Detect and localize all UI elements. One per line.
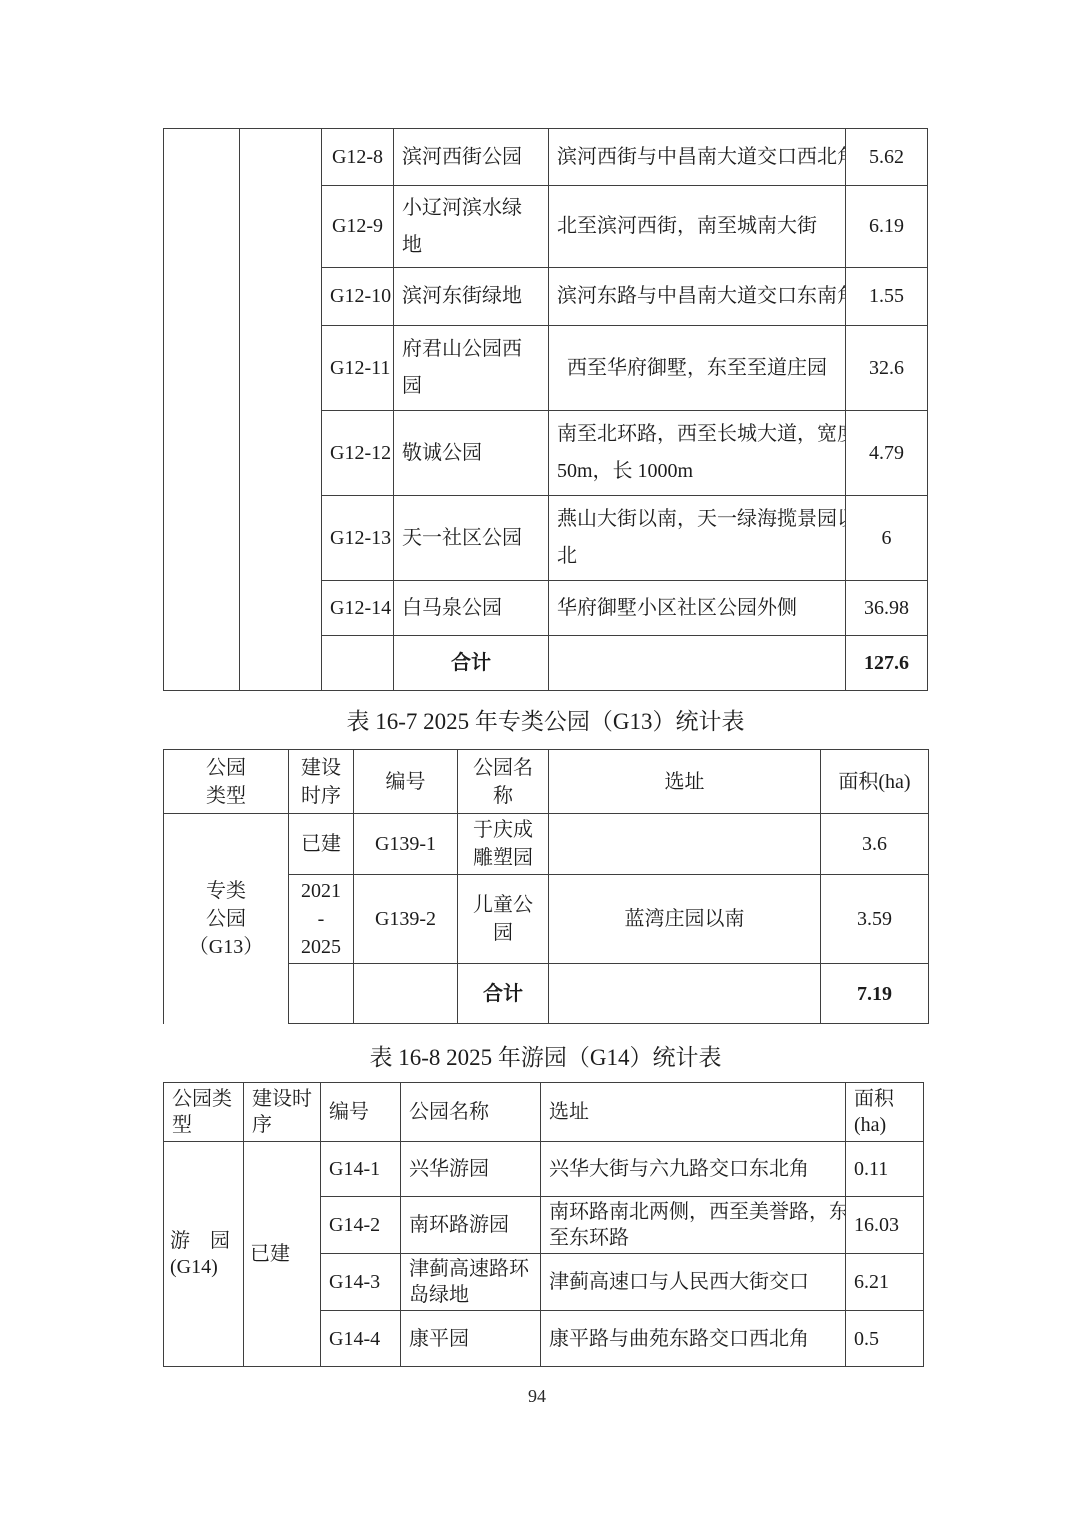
area-cell: 6.19 (846, 186, 928, 268)
code-header: 编号 (321, 1083, 401, 1142)
g13-parks-table: 公园 类型 建设 时序 编号 公园名 称 选址 面积(ha) 专类 公园 （G1… (163, 749, 929, 1024)
code-cell: G12-8 (322, 129, 394, 186)
location-cell (549, 814, 821, 875)
name-cell: 敬诚公园 (394, 411, 549, 496)
table-row: G12-8 滨河西街公园 滨河西街与中昌南大道交口西北角 5.62 (164, 129, 928, 186)
location-cell: 滨河西街与中昌南大道交口西北角 (549, 129, 846, 186)
name-cell: 于庆成 雕塑园 (458, 814, 549, 875)
phase-cell: 已建 (289, 814, 354, 875)
page-number: 94 (0, 1386, 1074, 1407)
phase-cell (289, 964, 354, 1024)
area-cell: 0.11 (846, 1142, 924, 1197)
location-cell: 蓝湾庄园以南 (549, 875, 821, 964)
name-cell: 南环路游园 (401, 1197, 541, 1254)
code-cell (322, 636, 394, 691)
code-header: 编号 (354, 750, 458, 814)
category-cell: 游 园 (G14) (164, 1142, 244, 1367)
table-16-8-title: 表 16-8 2025 年游园（G14）统计表 (163, 1041, 928, 1075)
name-cell: 滨河西街公园 (394, 129, 549, 186)
area-cell: 3.6 (821, 814, 929, 875)
code-cell: G14-3 (321, 1254, 401, 1311)
code-cell: G14-4 (321, 1311, 401, 1367)
location-cell: 康平路与曲苑东路交口西北角 (541, 1311, 846, 1367)
total-label-cell: 合计 (394, 636, 549, 691)
location-cell: 津蓟高速口与人民西大街交口 (541, 1254, 846, 1311)
location-cell: 北至滨河西街，南至城南大街 (549, 186, 846, 268)
location-header: 选址 (541, 1083, 846, 1142)
name-header: 公园名 称 (458, 750, 549, 814)
name-cell: 滨河东街绿地 (394, 268, 549, 326)
name-cell: 白马泉公园 (394, 581, 549, 636)
category-header: 公园 类型 (164, 750, 289, 814)
location-cell: 南至北环路，西至长城大道，宽度 50m，长 1000m (549, 411, 846, 496)
table-16-7-title: 表 16-7 2025 年专类公园（G13）统计表 (163, 705, 928, 739)
code-cell: G14-2 (321, 1197, 401, 1254)
page-content: G12-8 滨河西街公园 滨河西街与中昌南大道交口西北角 5.62 G12-9 … (163, 0, 929, 1367)
code-cell: G12-12 (322, 411, 394, 496)
area-cell: 1.55 (846, 268, 928, 326)
code-cell: G12-13 (322, 496, 394, 581)
area-header: 面积(ha) (821, 750, 929, 814)
total-label-cell: 合计 (458, 964, 549, 1024)
category-cell (164, 129, 240, 691)
name-cell: 兴华游园 (401, 1142, 541, 1197)
location-cell: 西至华府御墅，东至至道庄园 (549, 326, 846, 411)
code-cell: G12-10 (322, 268, 394, 326)
phase-header: 建设时 序 (244, 1083, 321, 1142)
area-cell: 36.98 (846, 581, 928, 636)
table-row: 游 园 (G14) 已建 G14-1 兴华游园 兴华大街与六九路交口东北角 0.… (164, 1142, 924, 1197)
name-cell: 小辽河滨水绿 地 (394, 186, 549, 268)
area-cell: 16.03 (846, 1197, 924, 1254)
location-cell: 南环路南北两侧，西至美誉路，东 至东环路 (541, 1197, 846, 1254)
name-cell: 府君山公园西 园 (394, 326, 549, 411)
area-cell: 4.79 (846, 411, 928, 496)
code-cell: G139-2 (354, 875, 458, 964)
area-cell: 6.21 (846, 1254, 924, 1311)
location-cell (549, 964, 821, 1024)
area-cell: 6 (846, 496, 928, 581)
location-cell: 兴华大街与六九路交口东北角 (541, 1142, 846, 1197)
area-cell: 0.5 (846, 1311, 924, 1367)
name-header: 公园名称 (401, 1083, 541, 1142)
code-cell: G14-1 (321, 1142, 401, 1197)
total-area-cell: 7.19 (821, 964, 929, 1024)
g12-parks-table: G12-8 滨河西街公园 滨河西街与中昌南大道交口西北角 5.62 G12-9 … (163, 128, 928, 691)
code-cell (354, 964, 458, 1024)
area-cell: 32.6 (846, 326, 928, 411)
category-header: 公园类 型 (164, 1083, 244, 1142)
area-cell: 5.62 (846, 129, 928, 186)
area-header: 面积 (ha) (846, 1083, 924, 1142)
name-cell: 康平园 (401, 1311, 541, 1367)
location-cell: 燕山大街以南，天一绿海揽景园以 北 (549, 496, 846, 581)
phase-cell (240, 129, 322, 691)
location-cell: 滨河东路与中昌南大道交口东南角 (549, 268, 846, 326)
header-row: 公园 类型 建设 时序 编号 公园名 称 选址 面积(ha) (164, 750, 929, 814)
code-cell: G12-14 (322, 581, 394, 636)
g14-parks-table: 公园类 型 建设时 序 编号 公园名称 选址 面积 (ha) 游 园 (G14)… (163, 1082, 924, 1367)
total-area-cell: 127.6 (846, 636, 928, 691)
category-cell: 专类 公园 （G13） (164, 814, 289, 1024)
document-page: { "colors": { "ink": "#1c1c1c", "table_b… (0, 0, 1074, 1520)
code-cell: G12-9 (322, 186, 394, 268)
code-cell: G139-1 (354, 814, 458, 875)
header-row: 公园类 型 建设时 序 编号 公园名称 选址 面积 (ha) (164, 1083, 924, 1142)
area-cell: 3.59 (821, 875, 929, 964)
phase-cell: 已建 (244, 1142, 321, 1367)
location-header: 选址 (549, 750, 821, 814)
location-cell (549, 636, 846, 691)
table-row: 专类 公园 （G13） 已建 G139-1 于庆成 雕塑园 3.6 (164, 814, 929, 875)
code-cell: G12-11 (322, 326, 394, 411)
phase-header: 建设 时序 (289, 750, 354, 814)
name-cell: 儿童公 园 (458, 875, 549, 964)
name-cell: 天一社区公园 (394, 496, 549, 581)
phase-cell: 2021 - 2025 (289, 875, 354, 964)
location-cell: 华府御墅小区社区公园外侧 (549, 581, 846, 636)
name-cell: 津蓟高速路环 岛绿地 (401, 1254, 541, 1311)
